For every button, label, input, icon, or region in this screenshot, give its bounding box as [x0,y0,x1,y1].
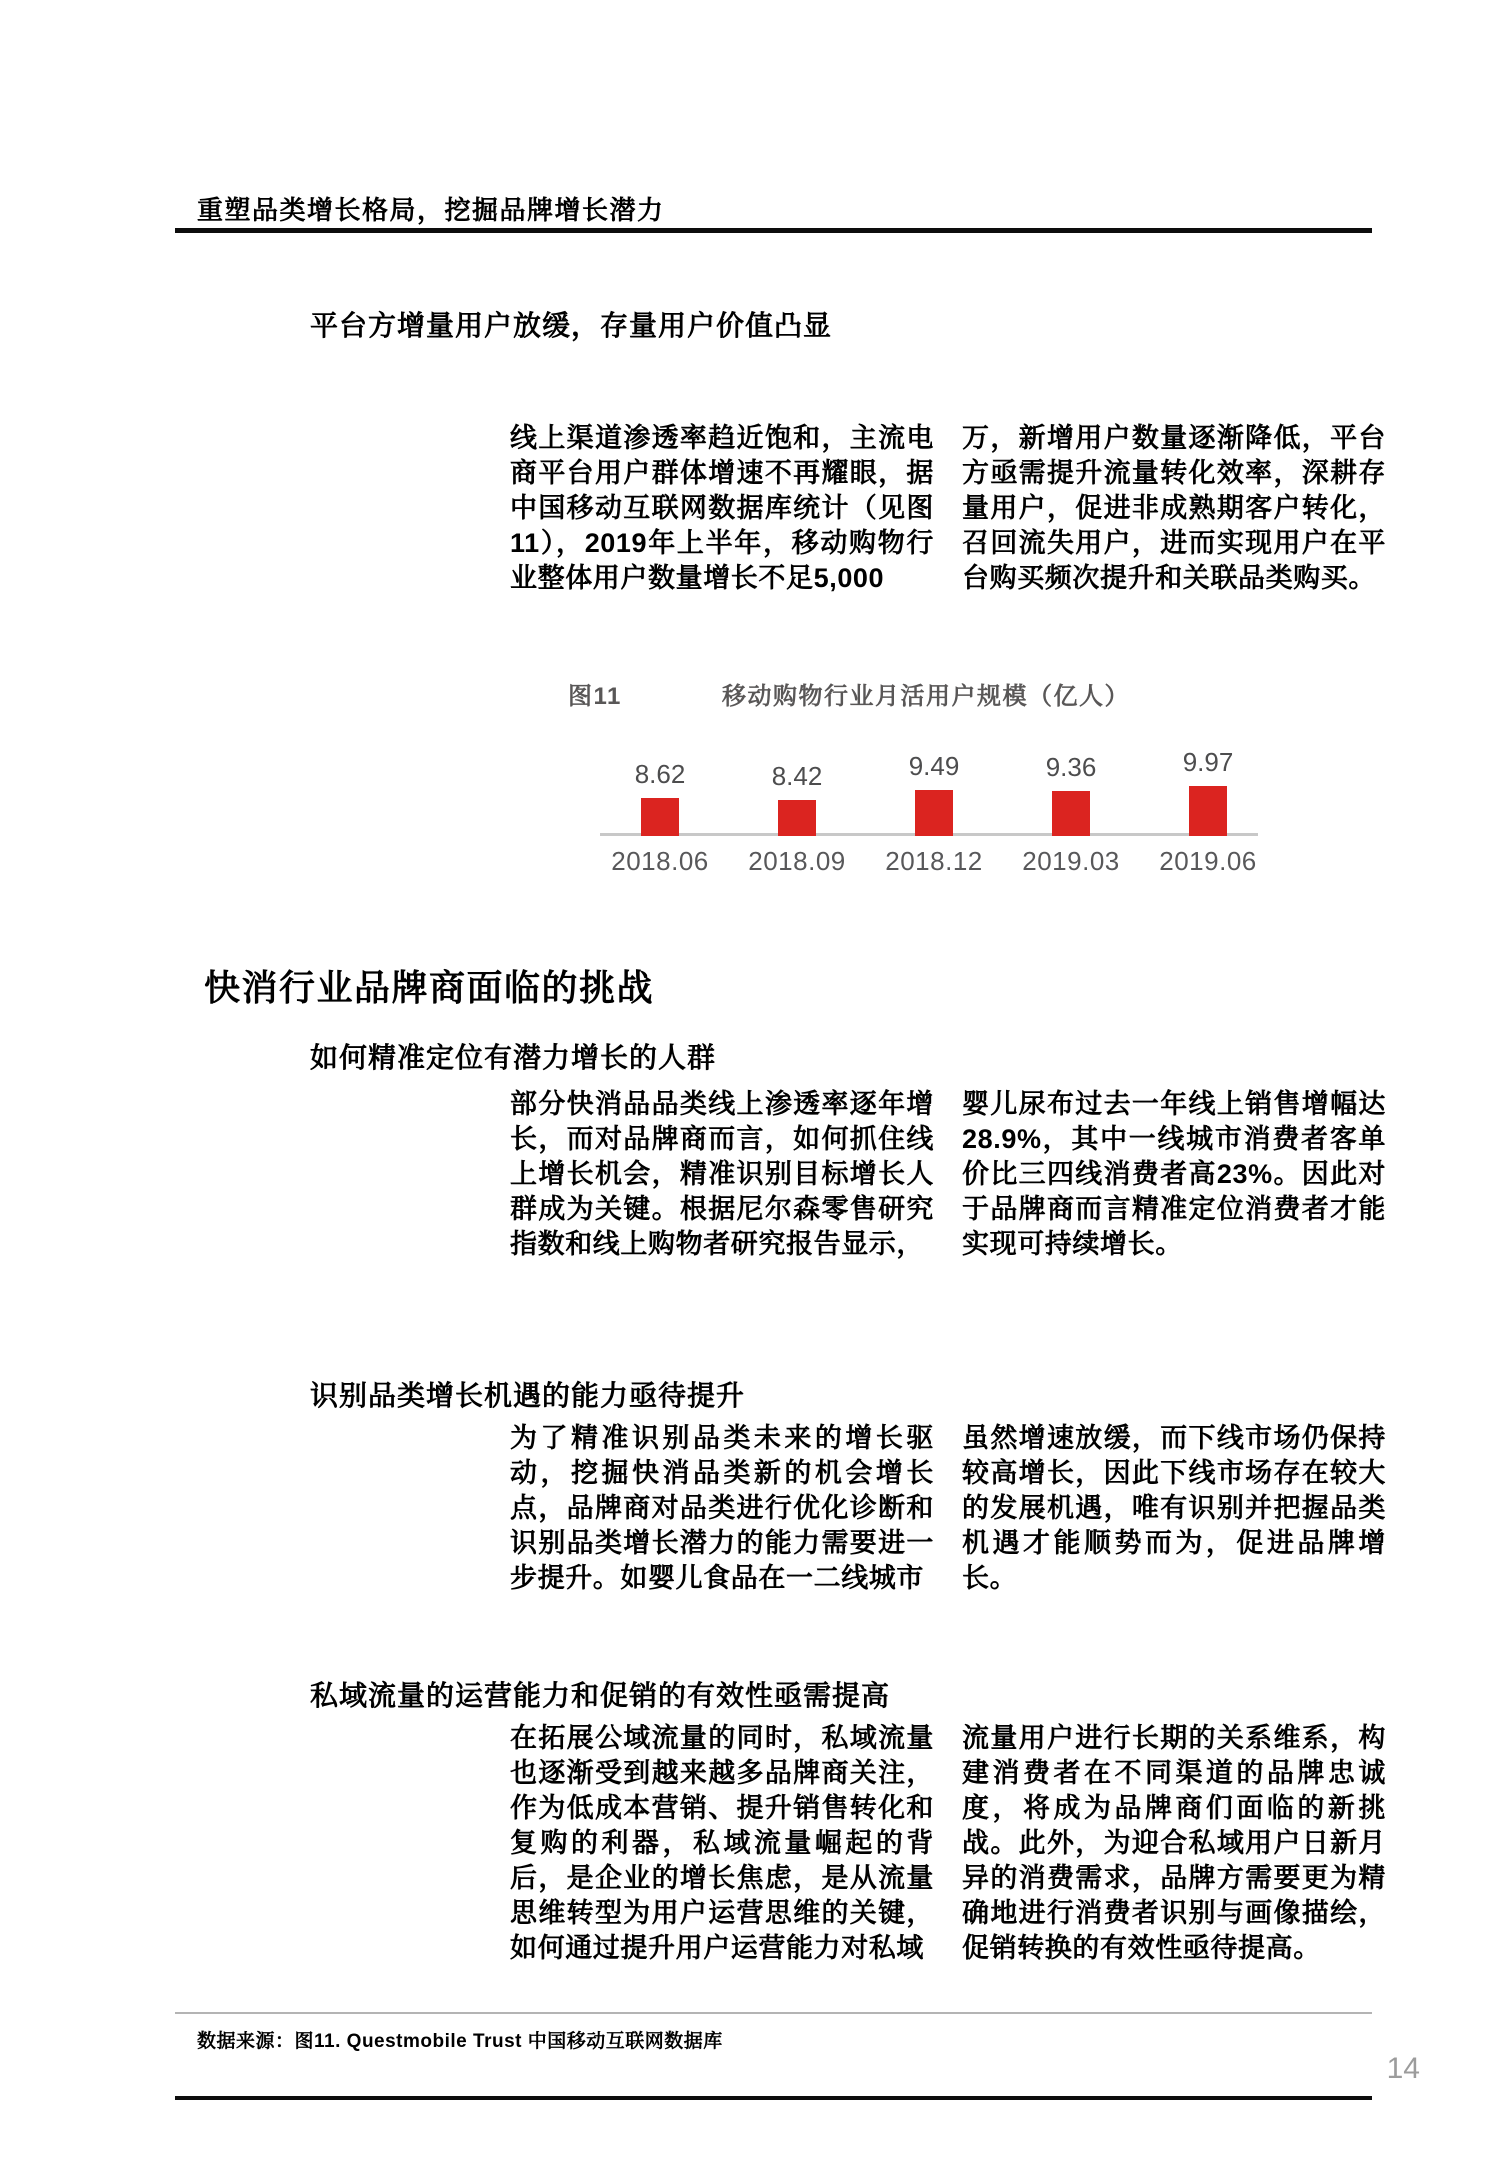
page-number: 14 [1280,2052,1420,2086]
bar [778,800,816,836]
subsection-heading-target-audience: 如何精准定位有潜力增长的人群 [310,1036,716,1076]
subsection-1-paragraph-right: 婴儿尿布过去一年线上销售增幅达28.9%，其中一线城市消费者客单价比三四线消费者… [962,1087,1386,1262]
data-source-label: 数据来源： [197,2031,295,2052]
intro-section-heading: 平台方增量用户放缓，存量用户价值凸显 [310,304,832,344]
bar-x-label: 2018.09 [722,846,872,877]
bar [1189,786,1227,836]
subsection-heading-category-opportunity: 识别品类增长机遇的能力亟待提升 [310,1374,745,1414]
bar-x-label: 2019.03 [996,846,1146,877]
bar-chart-mau: 8.622018.068.422018.099.492018.129.36201… [0,725,1500,900]
data-source-line: 数据来源：图11. Questmobile Trust 中国移动互联网数据库 [197,2026,723,2053]
intro-paragraph-right: 万，新增用户数量逐渐降低，平台方亟需提升流量转化效率，深耕存量用户，促进非成熟期… [962,421,1386,596]
figure-label: 图11 [568,676,622,711]
bar-value-label: 8.62 [590,759,730,790]
subsection-2-paragraph-right: 虽然增速放缓，而下线市场仍保持较高增长，因此下线市场存在较大的发展机遇，唯有识别… [962,1421,1386,1596]
report-page: 重塑品类增长格局，挖掘品牌增长潜力 平台方增量用户放缓，存量用户价值凸显 线上渠… [0,0,1500,2167]
subsection-2-paragraph-left: 为了精准识别品类未来的增长驱动，挖掘快消品类新的机会增长点，品牌商对品类进行优化… [510,1421,934,1596]
bar-value-label: 9.36 [1001,752,1141,783]
intro-paragraph-left: 线上渠道渗透率趋近饱和，主流电商平台用户群体增速不再耀眼，据中国移动互联网数据库… [510,421,934,596]
subsection-heading-private-traffic: 私域流量的运营能力和促销的有效性亟需提高 [310,1674,890,1714]
bar-x-label: 2018.12 [859,846,1009,877]
bar [1052,791,1090,836]
bar-value-label: 9.49 [864,751,1004,782]
header-rule [175,228,1372,233]
bar [641,798,679,836]
bar-value-label: 8.42 [727,761,867,792]
bar-x-label: 2018.06 [585,846,735,877]
challenges-section-heading: 快消行业品牌商面临的挑战 [204,960,654,1011]
page-header-title: 重塑品类增长格局，挖掘品牌增长潜力 [197,190,665,227]
subsection-3-paragraph-right: 流量用户进行长期的关系维系，构建消费者在不同渠道的品牌忠诚度，将成为品牌商们面临… [962,1721,1386,1966]
data-source-text: 图11. Questmobile Trust 中国移动互联网数据库 [295,2031,723,2052]
footer-top-rule [175,2012,1372,2014]
figure-title: 移动购物行业月活用户规模（亿人） [722,676,1130,711]
bar-x-label: 2019.06 [1133,846,1283,877]
bar-value-label: 9.97 [1138,747,1278,778]
subsection-1-paragraph-left: 部分快消品品类线上渗透率逐年增长，而对品牌商而言，如何抓住线上增长机会，精准识别… [510,1087,934,1262]
bar [915,790,953,836]
subsection-3-paragraph-left: 在拓展公域流量的同时，私域流量也逐渐受到越来越多品牌商关注，作为低成本营销、提升… [510,1721,934,1966]
footer-bottom-rule [175,2096,1372,2100]
